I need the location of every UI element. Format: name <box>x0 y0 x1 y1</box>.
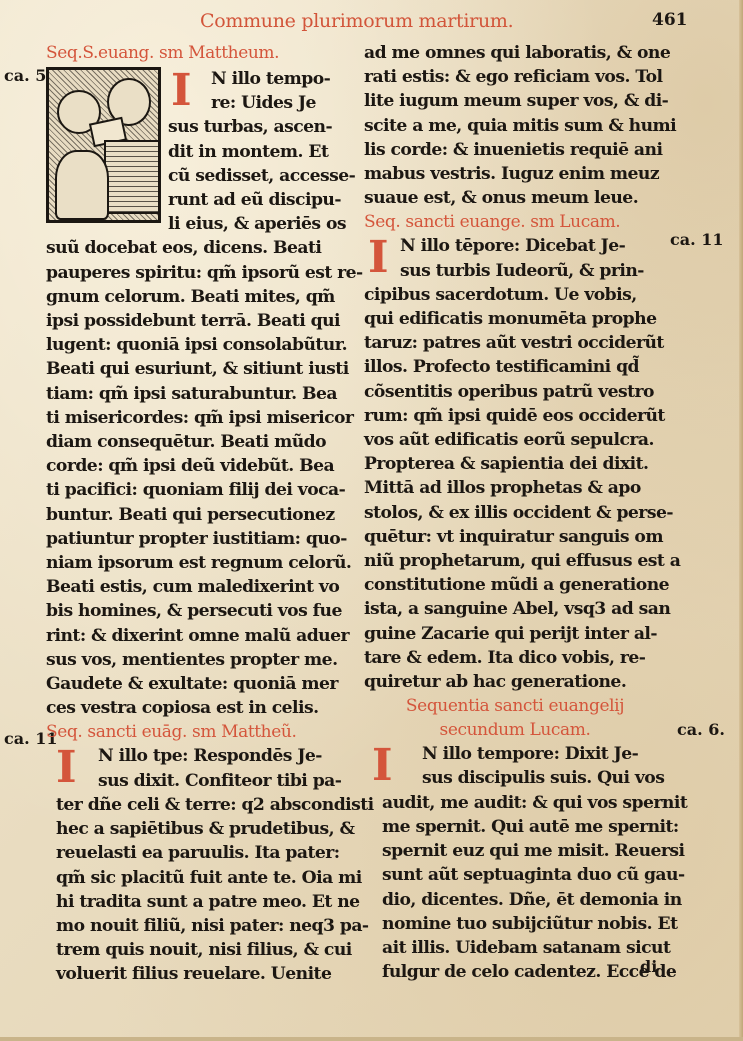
text-line: ter dñe celi & terre: q2 abscondisti <box>46 793 358 817</box>
text-line: trem quis nouit, nisi filius, & cui <box>46 938 358 962</box>
rubric-heading: Sequentia sancti euangelij <box>364 694 686 718</box>
text-line: ti pacifici: quoniam filij dei voca- <box>46 478 358 502</box>
text-line: vos aũt edificatis eorũ sepulcra. <box>364 428 686 452</box>
text-line: constitutione mũdi a generatione <box>364 573 686 597</box>
gospel-section-matthew-5: I N illo tempo- re: Uides Je sus turbas,… <box>46 67 358 720</box>
text-line: quētur: vt inquiratur sanguis om <box>364 525 686 549</box>
text-line: Beati estis, cum maledixerint vo <box>46 575 358 599</box>
text-line: N illo tempo- <box>211 67 358 91</box>
text-line: niũ prophetarum, qui effusus est a <box>364 549 686 573</box>
text-line: rum: qm̃ ipsi quidē eos occiderũt <box>364 404 686 428</box>
text-line: cõsentitis operibus patrũ vestro <box>364 380 686 404</box>
text-line: quiretur ab hac generatione. <box>364 670 686 694</box>
rubric-heading: Seq. sancti euange. sm Lucam. <box>364 210 686 234</box>
text-line: ista, a sanguine Abel, vsq3 ad san <box>364 597 686 621</box>
text-line: gnum celorum. Beati mites, qm̃ <box>46 285 358 309</box>
text-line: stolos, & ex illis occident & perse- <box>364 501 686 525</box>
text-line: N illo tpe: Respondēs Je- <box>98 744 358 768</box>
text-line: lis corde: & inuenietis requiē ani <box>364 138 686 162</box>
text-line: buntur. Beati qui persecutionez <box>46 503 358 527</box>
running-title: Commune plurimorum martirum. <box>200 10 513 32</box>
text-line: audit, me audit: & qui vos spernit <box>364 791 686 815</box>
text-line: corde: qm̃ ipsi deũ videbũt. Bea <box>46 454 358 478</box>
text-line: dio, dicentes. Dñe, ēt demonia in <box>364 888 686 912</box>
text-line: hec a sapiētibus & prudetibus, & <box>46 817 358 841</box>
text-line: patiuntur propter iustitiam: quo- <box>46 527 358 551</box>
text-line: sus vos, mentientes propter me. <box>46 648 358 672</box>
text-line: N illo tēpore: Dicebat Je- <box>400 234 686 258</box>
text-line: niam ipsorum est regnum celorũ. <box>46 551 358 575</box>
text-line: ti misericordes: qm̃ ipsi misericor <box>46 406 358 430</box>
text-line: mo nouit filiũ, nisi pater: neq3 pa- <box>46 914 358 938</box>
text-line: lite iugum meum super vos, & di- <box>364 89 686 113</box>
text-line: tare & edem. Ita dico vobis, re- <box>364 646 686 670</box>
text-line: tiam: qm̃ ipsi saturabuntur. Bea <box>46 382 358 406</box>
text-line: guine Zacarie qui perijt inter al- <box>364 622 686 646</box>
continuation-text: ad me omnes qui laboratis, & one rati es… <box>364 41 686 210</box>
text-line: pauperes spiritu: qm̃ ipsorũ est re- <box>46 261 358 285</box>
text-line: rati estis: & ego reficiam vos. Tol <box>364 65 686 89</box>
red-initial-letter: I <box>56 746 77 790</box>
text-line: re: Uides Je <box>211 91 358 115</box>
red-initial-letter: I <box>368 236 389 280</box>
text-line: reuelasti ea paruulis. Ita pater: <box>46 841 358 865</box>
gospel-section-luke-10: I N illo tempore: Dixit Je- sus discipul… <box>364 742 686 984</box>
text-line: diam consequētur. Beati mũdo <box>46 430 358 454</box>
text-line: taruz: patres aũt vestri occiderũt <box>364 331 686 355</box>
text-line: mabus vestris. Iuguz enim meuz <box>364 162 686 186</box>
text-line: me spernit. Qui autē me spernit: <box>364 815 686 839</box>
text-line: cipibus sacerdotum. Ue vobis, <box>364 283 686 307</box>
text-line: qui edificatis monumēta prophe <box>364 307 686 331</box>
gospel-section-matthew-11: I N illo tpe: Respondēs Je- sus dixit. C… <box>46 744 358 986</box>
text-line: ces vestra copiosa est in celis. <box>46 696 358 720</box>
text-line: dit in montem. Et <box>168 140 358 164</box>
text-line: Gaudete & exultate: quoniā mer <box>46 672 358 696</box>
rubric-heading-cont: secundum Lucam. <box>364 718 686 742</box>
text-line: lugent: quoniā ipsi consolabũtur. <box>46 333 358 357</box>
text-line: voluerit filius reuelare. Uenite <box>46 962 358 986</box>
catchword: di <box>640 957 657 976</box>
text-line: cũ sedisset, accesse- <box>168 164 358 188</box>
red-initial-letter: I <box>372 744 393 788</box>
text-line: Mittā ad illos prophetas & apo <box>364 476 686 500</box>
text-line: illos. Profecto testificamini qd̃ <box>364 355 686 379</box>
text-line: runt ad eũ discipu- <box>168 188 358 212</box>
text-line: li eius, & aperiēs os <box>168 212 358 236</box>
text-line: scite a me, quia mitis sum & humi <box>364 114 686 138</box>
text-line: Beati qui esuriunt, & sitiunt iusti <box>46 357 358 381</box>
writing-desk <box>104 140 160 214</box>
text-line: N illo tempore: Dixit Je- <box>422 742 686 766</box>
margin-chapter-ref-1: ca. 5. <box>4 66 52 85</box>
robed-figure <box>55 150 109 220</box>
text-line: Propterea & sapientia dei dixit. <box>364 452 686 476</box>
page-bottom-edge <box>0 1037 743 1041</box>
text-line: sunt aũt septuaginta duo cũ gau- <box>364 863 686 887</box>
rubric-heading: Seq.S.euang. sm Mattheum. <box>46 41 358 65</box>
text-line: hi tradita sunt a patre meo. Et ne <box>46 890 358 914</box>
page-edge <box>739 0 743 1041</box>
text-line: sus turbas, ascen- <box>168 115 358 139</box>
text-line: rint: & dixerint omne malũ aduer <box>46 624 358 648</box>
text-line: suaue est, & onus meum leue. <box>364 186 686 210</box>
folio-number: 461 <box>652 10 688 30</box>
text-line: ait illis. Uidebam satanam sicut <box>364 936 686 960</box>
text-line: ad me omnes qui laboratis, & one <box>364 41 686 65</box>
evangelist-woodcut-image <box>46 67 161 223</box>
gospel-section-luke-11: I N illo tēpore: Dicebat Je- sus turbis … <box>364 234 686 694</box>
text-line: bis homines, & persecuti vos fue <box>46 599 358 623</box>
red-initial-letter: I <box>171 69 192 113</box>
text-line: sus turbis Iudeorũ, & prin- <box>400 259 686 283</box>
text-line: spernit euz qui me misit. Reuersi <box>364 839 686 863</box>
text-line: fulgur de celo cadentez. Ecce de <box>364 960 686 984</box>
text-line: ipsi possidebunt terrā. Beati qui <box>46 309 358 333</box>
text-line: suũ docebat eos, dicens. Beati <box>46 236 358 260</box>
right-column: ad me omnes qui laboratis, & one rati es… <box>364 41 686 984</box>
rubric-heading: Seq. sancti euāg. sm Mattheũ. <box>46 720 358 744</box>
text-line: nomine tuo subijciũtur nobis. Et <box>364 912 686 936</box>
text-line: sus discipulis suis. Qui vos <box>422 766 686 790</box>
text-line: sus dixit. Confiteor tibi pa- <box>98 769 358 793</box>
left-column: Seq.S.euang. sm Mattheum. I N illo tempo… <box>46 41 358 987</box>
text-line: qm̃ sic placitũ fuit ante te. Oia mi <box>46 866 358 890</box>
